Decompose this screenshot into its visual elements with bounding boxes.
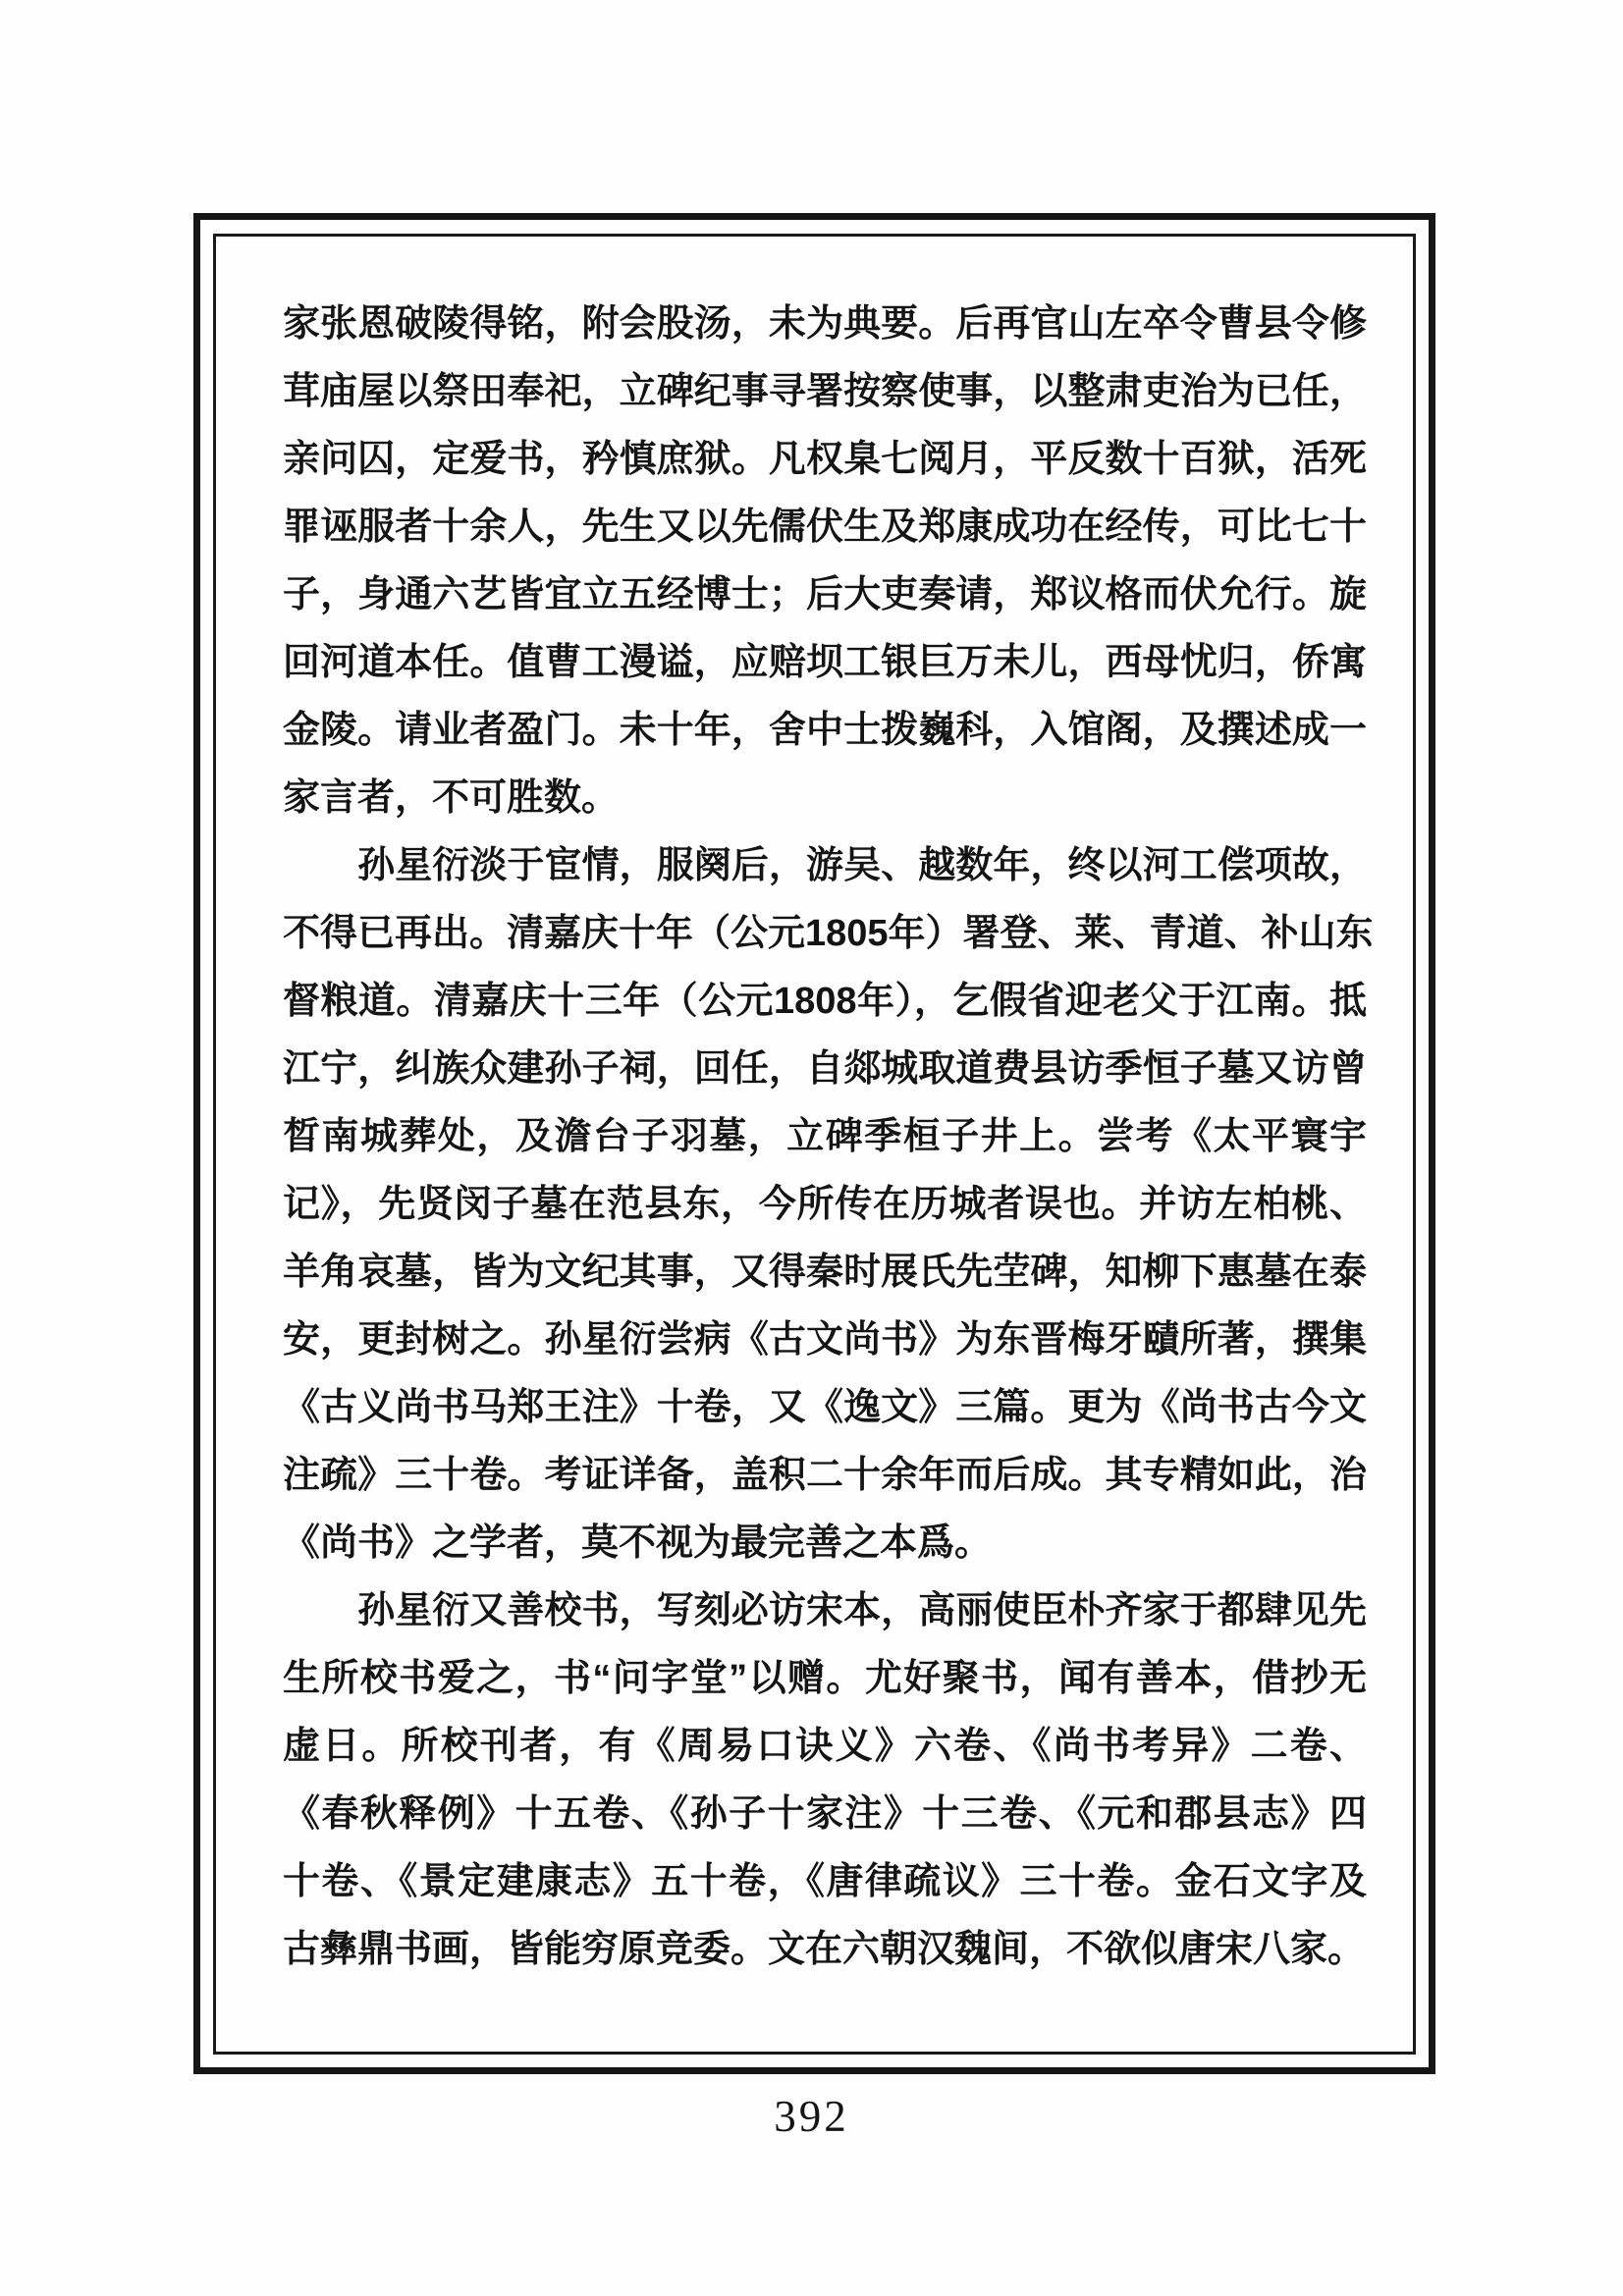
book-page: 家张恩破陵得铭，附会股汤，未为典要。后再官山左卒令曹县令修茸庙屋以祭田奉祀，立碑… [0, 0, 1623, 2296]
text-line: 古彝鼎书画，皆能穷原竞委。文在六朝汉魏间，不欲似唐宋八家。 [283, 1916, 1367, 1984]
text-line: 罪诬服者十余人，先生又以先儒伏生及郑康成功在经传，可比七十 [283, 494, 1367, 561]
text-line: 虚日。所校刊者，有《周易口诀义》六卷、《尚书考异》二卷、 [283, 1713, 1367, 1781]
text-line: 孙星衍又善校书，写刻必访宋本，高丽使臣朴齐家于都肆见先 [283, 1577, 1367, 1645]
text-line: 晳南城葬处，及澹台子羽墓，立碑季桓子井上。尝考《太平寰宇 [283, 1103, 1367, 1171]
text-line: 十卷、《景定建康志》五十卷，《唐律疏议》三十卷。金石文字及 [283, 1848, 1367, 1916]
text-line: 亲问囚，定爱书，矜慎庶狱。凡权臬七阅月，平反数十百狱，活死 [283, 426, 1367, 494]
text-line: 记》，先贤闵子墓在范县东，今所传在历城者误也。并访左柏桃、 [283, 1171, 1367, 1239]
text-line: 不得已再出。清嘉庆十年（公元1805年）署登、莱、青道、补山东 [283, 900, 1367, 968]
text-line: 孙星衍淡于宦情，服阕后，游吴、越数年，终以河工偿项故， [283, 832, 1367, 900]
text-line: 生所校书爱之，书“问字堂”以赠。尤好聚书，闻有善本，借抄无 [283, 1645, 1367, 1713]
text-line: 《春秋释例》十五卷、《孙子十家注》十三卷、《元和郡县志》四 [283, 1781, 1367, 1848]
text-line: 羊角哀墓，皆为文纪其事，又得秦时展氏先茔碑，知柳下惠墓在泰 [283, 1239, 1367, 1307]
text-line: 家言者，不可胜数。 [283, 765, 1367, 832]
text-line: 《古义尚书马郑王注》十卷，又《逸文》三篇。更为《尚书古今文 [283, 1374, 1367, 1442]
page-number: 392 [0, 2091, 1623, 2142]
body-text: 家张恩破陵得铭，附会股汤，未为典要。后再官山左卒令曹县令修茸庙屋以祭田奉祀，立碑… [283, 291, 1367, 1984]
text-line: 家张恩破陵得铭，附会股汤，未为典要。后再官山左卒令曹县令修 [283, 291, 1367, 358]
text-line: 茸庙屋以祭田奉祀，立碑纪事寻署按察使事，以整肃吏治为已任， [283, 358, 1367, 426]
text-line: 子，身通六艺皆宜立五经博士；后大吏奏请，郑议格而伏允行。旋 [283, 561, 1367, 629]
text-line: 注疏》三十卷。考证详备，盖积二十余年而后成。其专精如此，治 [283, 1442, 1367, 1510]
text-line: 《尚书》之学者，莫不视为最完善之本爲。 [283, 1510, 1367, 1577]
text-line: 安，更封树之。孙星衍尝病《古文尚书》为东晋梅牙賾所著，撰集 [283, 1307, 1367, 1374]
text-line: 江宁，纠族众建孙子祠，回任，自郯城取道费县访季恒子墓又访曾 [283, 1036, 1367, 1103]
text-line: 金陵。请业者盈门。未十年，舍中士拨巍科，入馆阁，及撰述成一 [283, 697, 1367, 765]
text-line: 回河道本任。值曹工漫谥，应赔坝工银巨万未儿，西母忧归，侨寓 [283, 629, 1367, 697]
text-line: 督粮道。清嘉庆十三年（公元1808年），乞假省迎老父于江南。抵 [283, 968, 1367, 1036]
